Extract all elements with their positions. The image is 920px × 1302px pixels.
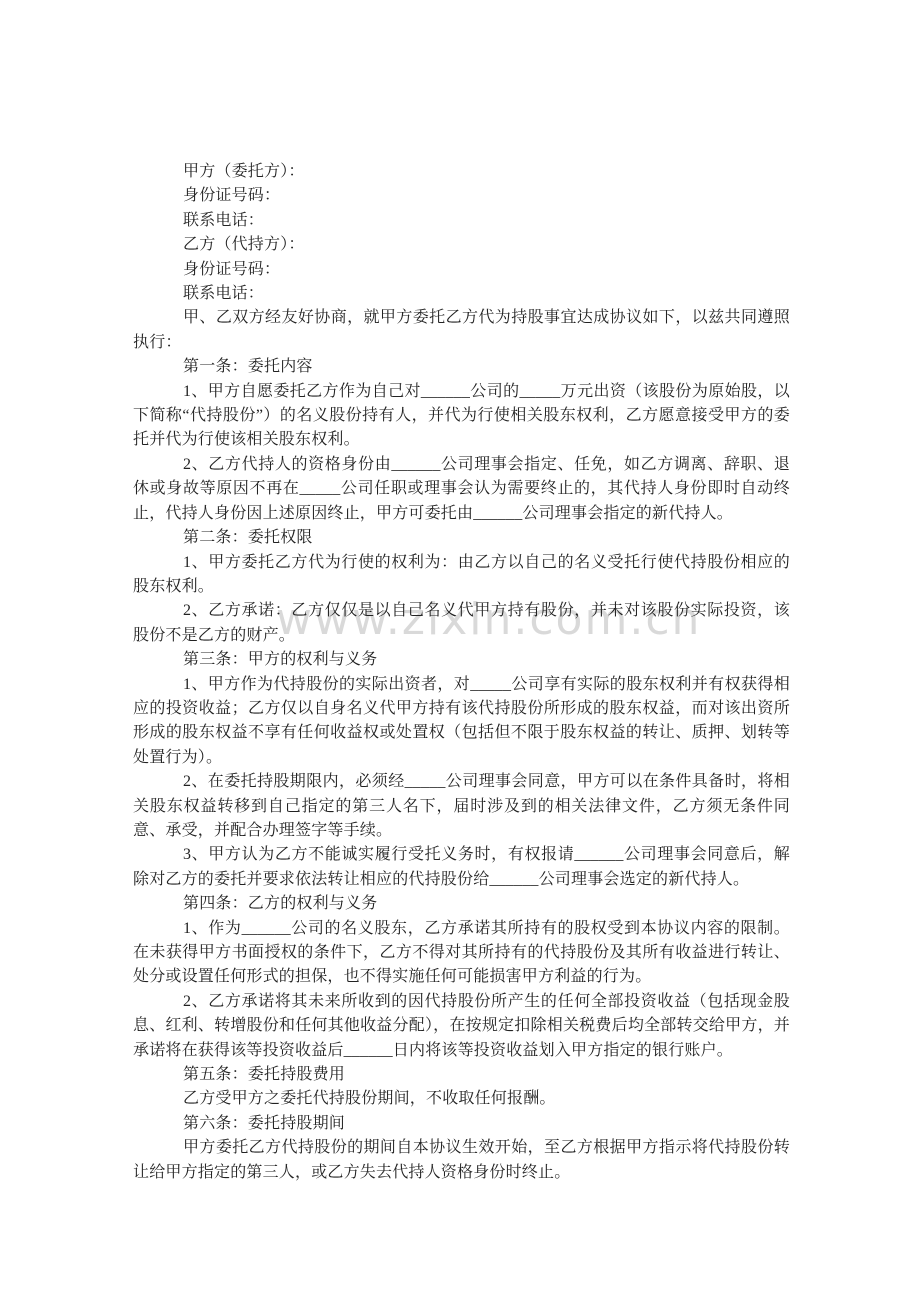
para-article-2-item-1: 1、甲方委托乙方代为行使的权利为：由乙方以自己的名义受托行使代持股份相应的股东权… xyxy=(133,551,790,600)
heading-article-3: 第三条：甲方的权利与义务 xyxy=(133,648,790,672)
contract-body: 甲方（委托方）： 身份证号码： 联系电话： 乙方（代持方）： 身份证号码： 联系… xyxy=(133,160,790,1185)
para-article-3-item-1: 1、甲方作为代持股份的实际出资者，对_____公司享有实际的股东权利并有权获得相… xyxy=(133,673,790,771)
para-party-b-id: 身份证号码： xyxy=(133,258,790,282)
para-article-1-item-2: 2、乙方代持人的资格身份由______公司理事会指定、任免，如乙方调离、辞职、退… xyxy=(133,453,790,526)
para-article-4-item-2: 2、乙方承诺将其未来所收到的因代持股份所产生的任何全部投资收益（包括现金股息、红… xyxy=(133,990,790,1063)
para-article-2-item-2: 2、乙方承诺：乙方仅仅是以自己名义代甲方持有股份，并未对该股份实际投资，该股份不… xyxy=(133,599,790,648)
para-party-a-label: 甲方（委托方）： xyxy=(133,160,790,184)
para-article-3-item-2: 2、在委托持股期限内，必须经_____公司理事会同意，甲方可以在条件具备时，将相… xyxy=(133,770,790,843)
heading-article-5: 第五条：委托持股费用 xyxy=(133,1063,790,1087)
para-article-4-item-1: 1、作为______公司的名义股东，乙方承诺其所持有的股权受到本协议内容的限制。… xyxy=(133,917,790,990)
heading-article-6: 第六条：委托持股期间 xyxy=(133,1112,790,1136)
heading-article-1: 第一条：委托内容 xyxy=(133,355,790,379)
para-article-6-body: 甲方委托乙方代持股份的期间自本协议生效开始，至乙方根据甲方指示将代持股份转让给甲… xyxy=(133,1136,790,1185)
para-party-a-id: 身份证号码： xyxy=(133,184,790,208)
heading-article-4: 第四条：乙方的权利与义务 xyxy=(133,892,790,916)
para-preamble: 甲、乙双方经友好协商，就甲方委托乙方代为持股事宜达成协议如下，以兹共同遵照执行： xyxy=(133,306,790,355)
para-article-3-item-3: 3、甲方认为乙方不能诚实履行受托义务时，有权报请______公司理事会同意后，解… xyxy=(133,843,790,892)
heading-article-2: 第二条：委托权限 xyxy=(133,526,790,550)
para-party-a-phone: 联系电话： xyxy=(133,209,790,233)
para-party-b-phone: 联系电话： xyxy=(133,282,790,306)
para-article-5-body: 乙方受甲方之委托代持股份期间，不收取任何报酬。 xyxy=(133,1087,790,1111)
para-article-1-item-1: 1、甲方自愿委托乙方作为自己对______公司的_____万元出资（该股份为原始… xyxy=(133,380,790,453)
para-party-b-label: 乙方（代持方）： xyxy=(133,233,790,257)
document-page: www.zixin.com.cn 甲方（委托方）： 身份证号码： 联系电话： 乙… xyxy=(0,0,920,1302)
